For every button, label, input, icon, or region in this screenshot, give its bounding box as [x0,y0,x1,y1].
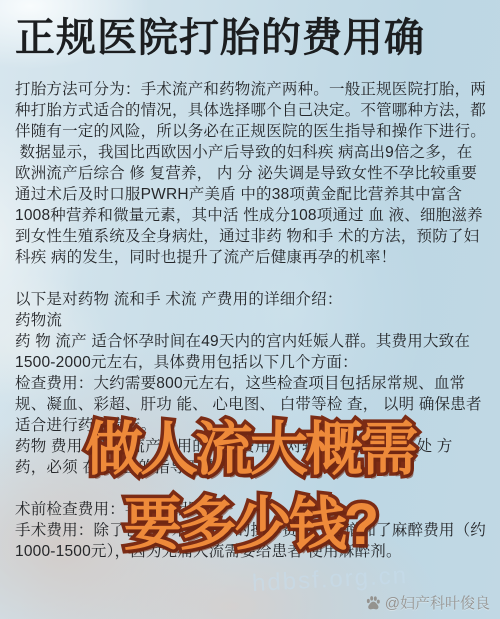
page-title: 正规医院打胎的费用确 [15,14,490,62]
paragraph-medication-fee: 药物 费用：药物流产使用的药物费用相对较低，但因为是 处 方 药，必须 在医 生… [15,436,487,478]
paragraph-medication-range: 药 物 流产 适合怀孕时间在49天内的宫内妊娠人群。其费用大致在1500-200… [15,331,487,373]
article-body: 打胎方法可分为：手术流产和药物流产两种。一般正规医院打胎，两种打胎方式适合的情况… [15,79,487,562]
paragraph-costs-intro: 以下是对药物 流和手 术流 产费用的详细介绍： [15,289,487,310]
author-name: @妇产科叶俊良 [385,592,490,613]
author-attribution: @妇产科叶俊良 [365,592,490,613]
paragraph-statistics: 数据显示，我国比西欧因小产后导致的妇科疾 病高出9倍之多，在欧洲流产后综合 修 … [15,142,487,268]
article-screenshot-page: 正规医院打胎的费用确 打胎方法可分为：手术流产和药物流产两种。一般正规医院打胎，… [0,0,500,619]
paragraph-preop-fee: 术前检查费用：与上述相同。 [15,499,487,520]
paragraph-methods-intro: 打胎方法可分为：手术流产和药物流产两种。一般正规医院打胎，两种打胎方式适合的情况… [15,79,487,142]
paragraph-medication-heading: 药物流 [15,310,487,331]
baidu-paw-icon [365,595,381,611]
paragraph-exam-fee: 检查费用：大约需要800元左右，这些检查项目包括尿常规、血常规、凝血、彩超、肝功… [15,373,487,436]
paragraph-surgery-fee: 手术费用：除了包括手术过程中的操作费用，还增加了麻醉费用（约1000-1500元… [15,520,487,562]
